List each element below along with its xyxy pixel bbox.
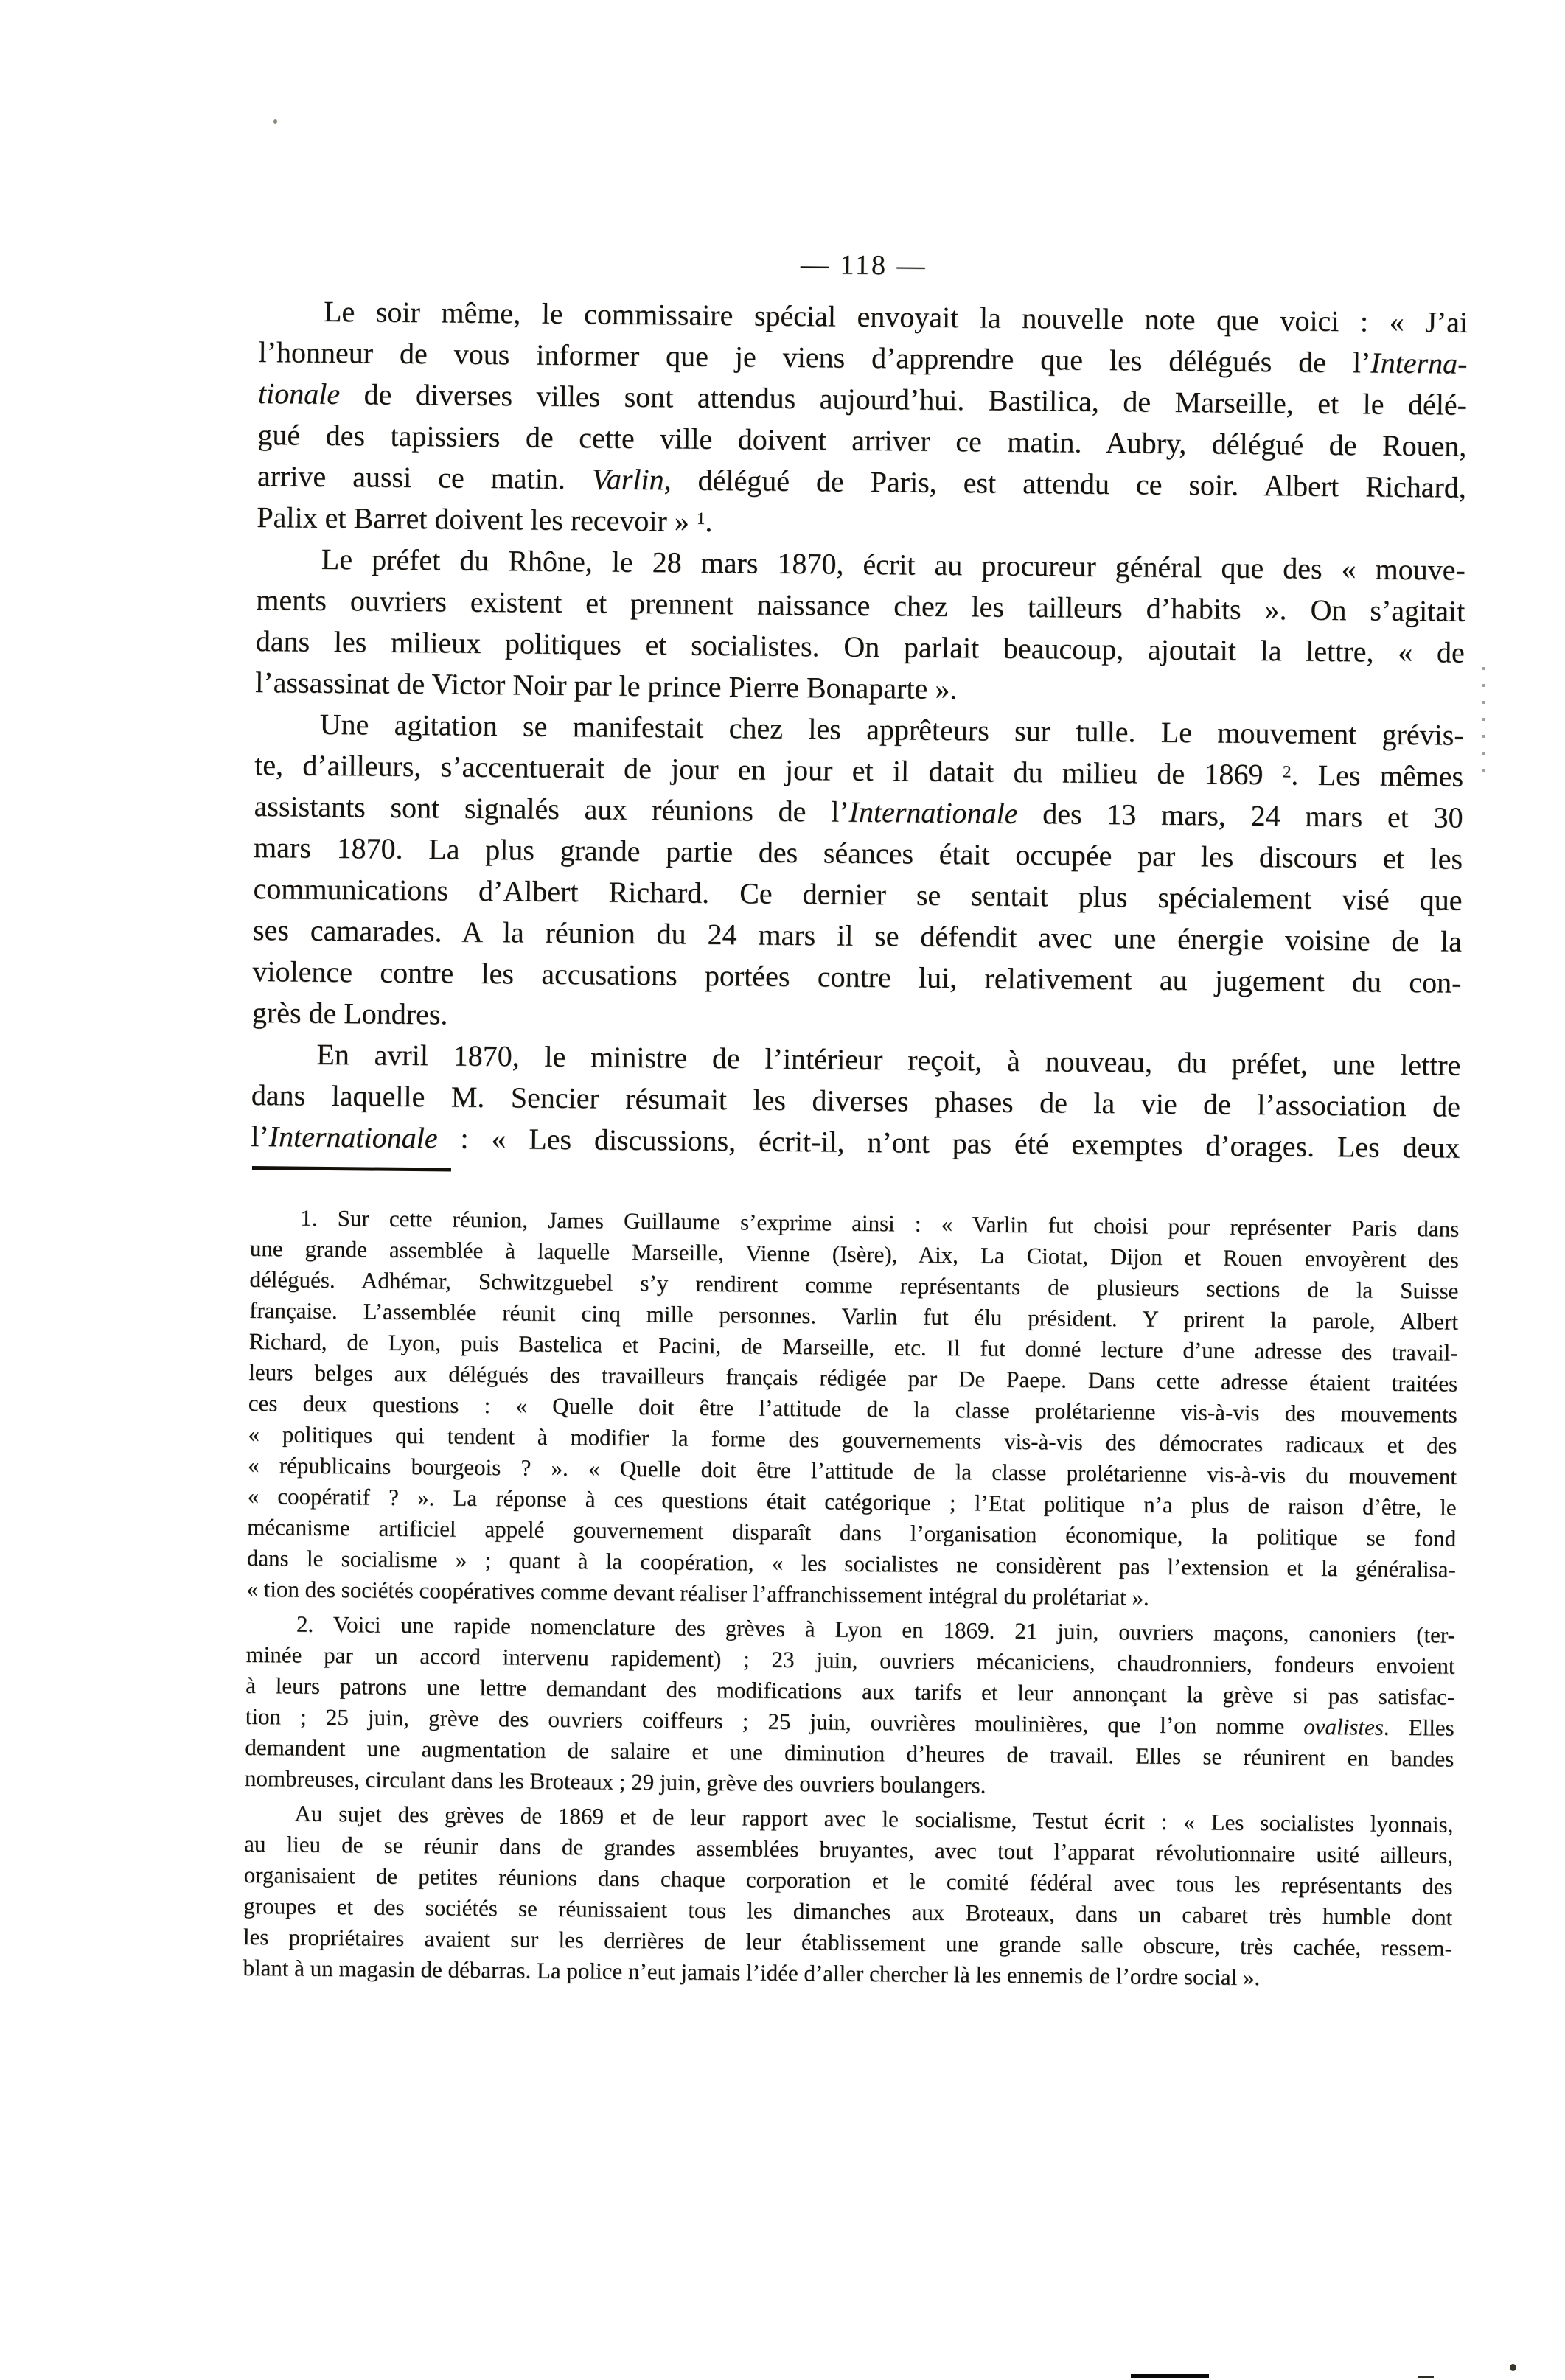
text-run: communications d’Albert Richard. Ce dern… (253, 872, 1462, 917)
text-run: mars 1870. La plus grande partie des séa… (254, 831, 1463, 876)
scan-artifact-speck (273, 119, 277, 124)
text-run: gué des tapissiers de cette ville doiven… (257, 418, 1466, 463)
footnote-separator (252, 1166, 451, 1172)
text-run: Le préfet du Rhône, le 28 mars 1870, écr… (321, 542, 1465, 587)
text-run: l’honneur de vous informer que je viens … (258, 335, 1370, 379)
footnote: Au sujet des grèves de 1869 et de leur r… (243, 1798, 1453, 1995)
text-run: de diverses villes sont attendus aujourd… (340, 377, 1467, 422)
scan-artifact-bottom-dash (1418, 2376, 1434, 2378)
italic-text: Interna- (1370, 346, 1468, 380)
page-number: — 118 — (259, 243, 1468, 287)
scan-artifact-bottom-line (1131, 2374, 1209, 2378)
footnote: 2. Voici une rapide nomenclature des grè… (245, 1608, 1455, 1806)
text-run: , délégué de Paris, est attendu ce soir.… (663, 463, 1466, 503)
italic-text: ovalistes (1303, 1714, 1384, 1740)
body-paragraph: Le soir même, le commissaire spécial env… (257, 290, 1468, 550)
text-run: arrive aussi ce matin. (257, 459, 592, 495)
text-run: te, d’ailleurs, s’accentuerait de jour e… (254, 748, 1283, 791)
text-run: « tion des sociétés coopératives comme d… (246, 1576, 1149, 1610)
body-text: Le soir même, le commissaire spécial env… (251, 290, 1468, 1169)
body-paragraph: Le préfet du Rhône, le 28 mars 1870, écr… (255, 538, 1465, 715)
book-page: — 118 — Le soir même, le commissaire spé… (0, 0, 1565, 2380)
text-run: dans les milieux politiques et socialist… (256, 624, 1465, 669)
text-run: Palix et Barret doivent les recevoir » (257, 500, 697, 538)
text-run: l’ (251, 1120, 269, 1153)
text-run: Une agitation se manifestait chez les ap… (320, 708, 1464, 752)
italic-text: Varlin (592, 462, 664, 496)
page-content: — 118 — Le soir même, le commissaire spé… (243, 243, 1468, 1995)
text-run: grès de Londres. (252, 996, 448, 1031)
scan-artifact-dotted-column (1482, 667, 1485, 772)
text-run: violence contre les accusations portées … (252, 955, 1461, 999)
body-paragraph: En avril 1870, le ministre de l’intérieu… (251, 1033, 1461, 1169)
text-run: dans laquelle M. Sencier résumait les di… (251, 1078, 1460, 1123)
body-paragraph: Une agitation se manifestait chez les ap… (252, 703, 1464, 1045)
text-run: assistants sont signalés aux réunions de… (254, 789, 848, 828)
footnotes: 1. Sur cette réunion, James Guillaume s’… (243, 1202, 1459, 1995)
text-run: . Elles (1384, 1714, 1454, 1741)
scan-artifact-speck (1510, 2364, 1516, 2371)
text-run: des 13 mars, 24 mars et 30 (1017, 797, 1463, 834)
italic-text: Internationale (269, 1120, 438, 1154)
footnote-ref: 2 (1283, 762, 1292, 781)
footnote-ref: 1 (697, 509, 705, 528)
text-run: . Les mêmes (1291, 758, 1463, 792)
text-run: Le soir même, le commissaire spécial env… (324, 295, 1468, 339)
text-run: nombreuses, circulant dans les Broteaux … (245, 1765, 986, 1798)
text-run: l’assassinat de Victor Noir par le princ… (255, 666, 957, 705)
text-run: . (705, 505, 712, 538)
text-run: : « Les discussions, écrit-il, n’ont pas… (437, 1121, 1460, 1164)
footnote: 1. Sur cette réunion, James Guillaume s’… (246, 1202, 1459, 1616)
text-run: ses camarades. A la réunion du 24 mars i… (253, 913, 1462, 958)
text-run: ments ouvriers existent et prennent nais… (256, 583, 1465, 628)
text-run: En avril 1870, le ministre de l’intérieu… (316, 1038, 1460, 1082)
italic-text: Internationale (848, 795, 1017, 830)
italic-text: tionale (258, 377, 341, 411)
